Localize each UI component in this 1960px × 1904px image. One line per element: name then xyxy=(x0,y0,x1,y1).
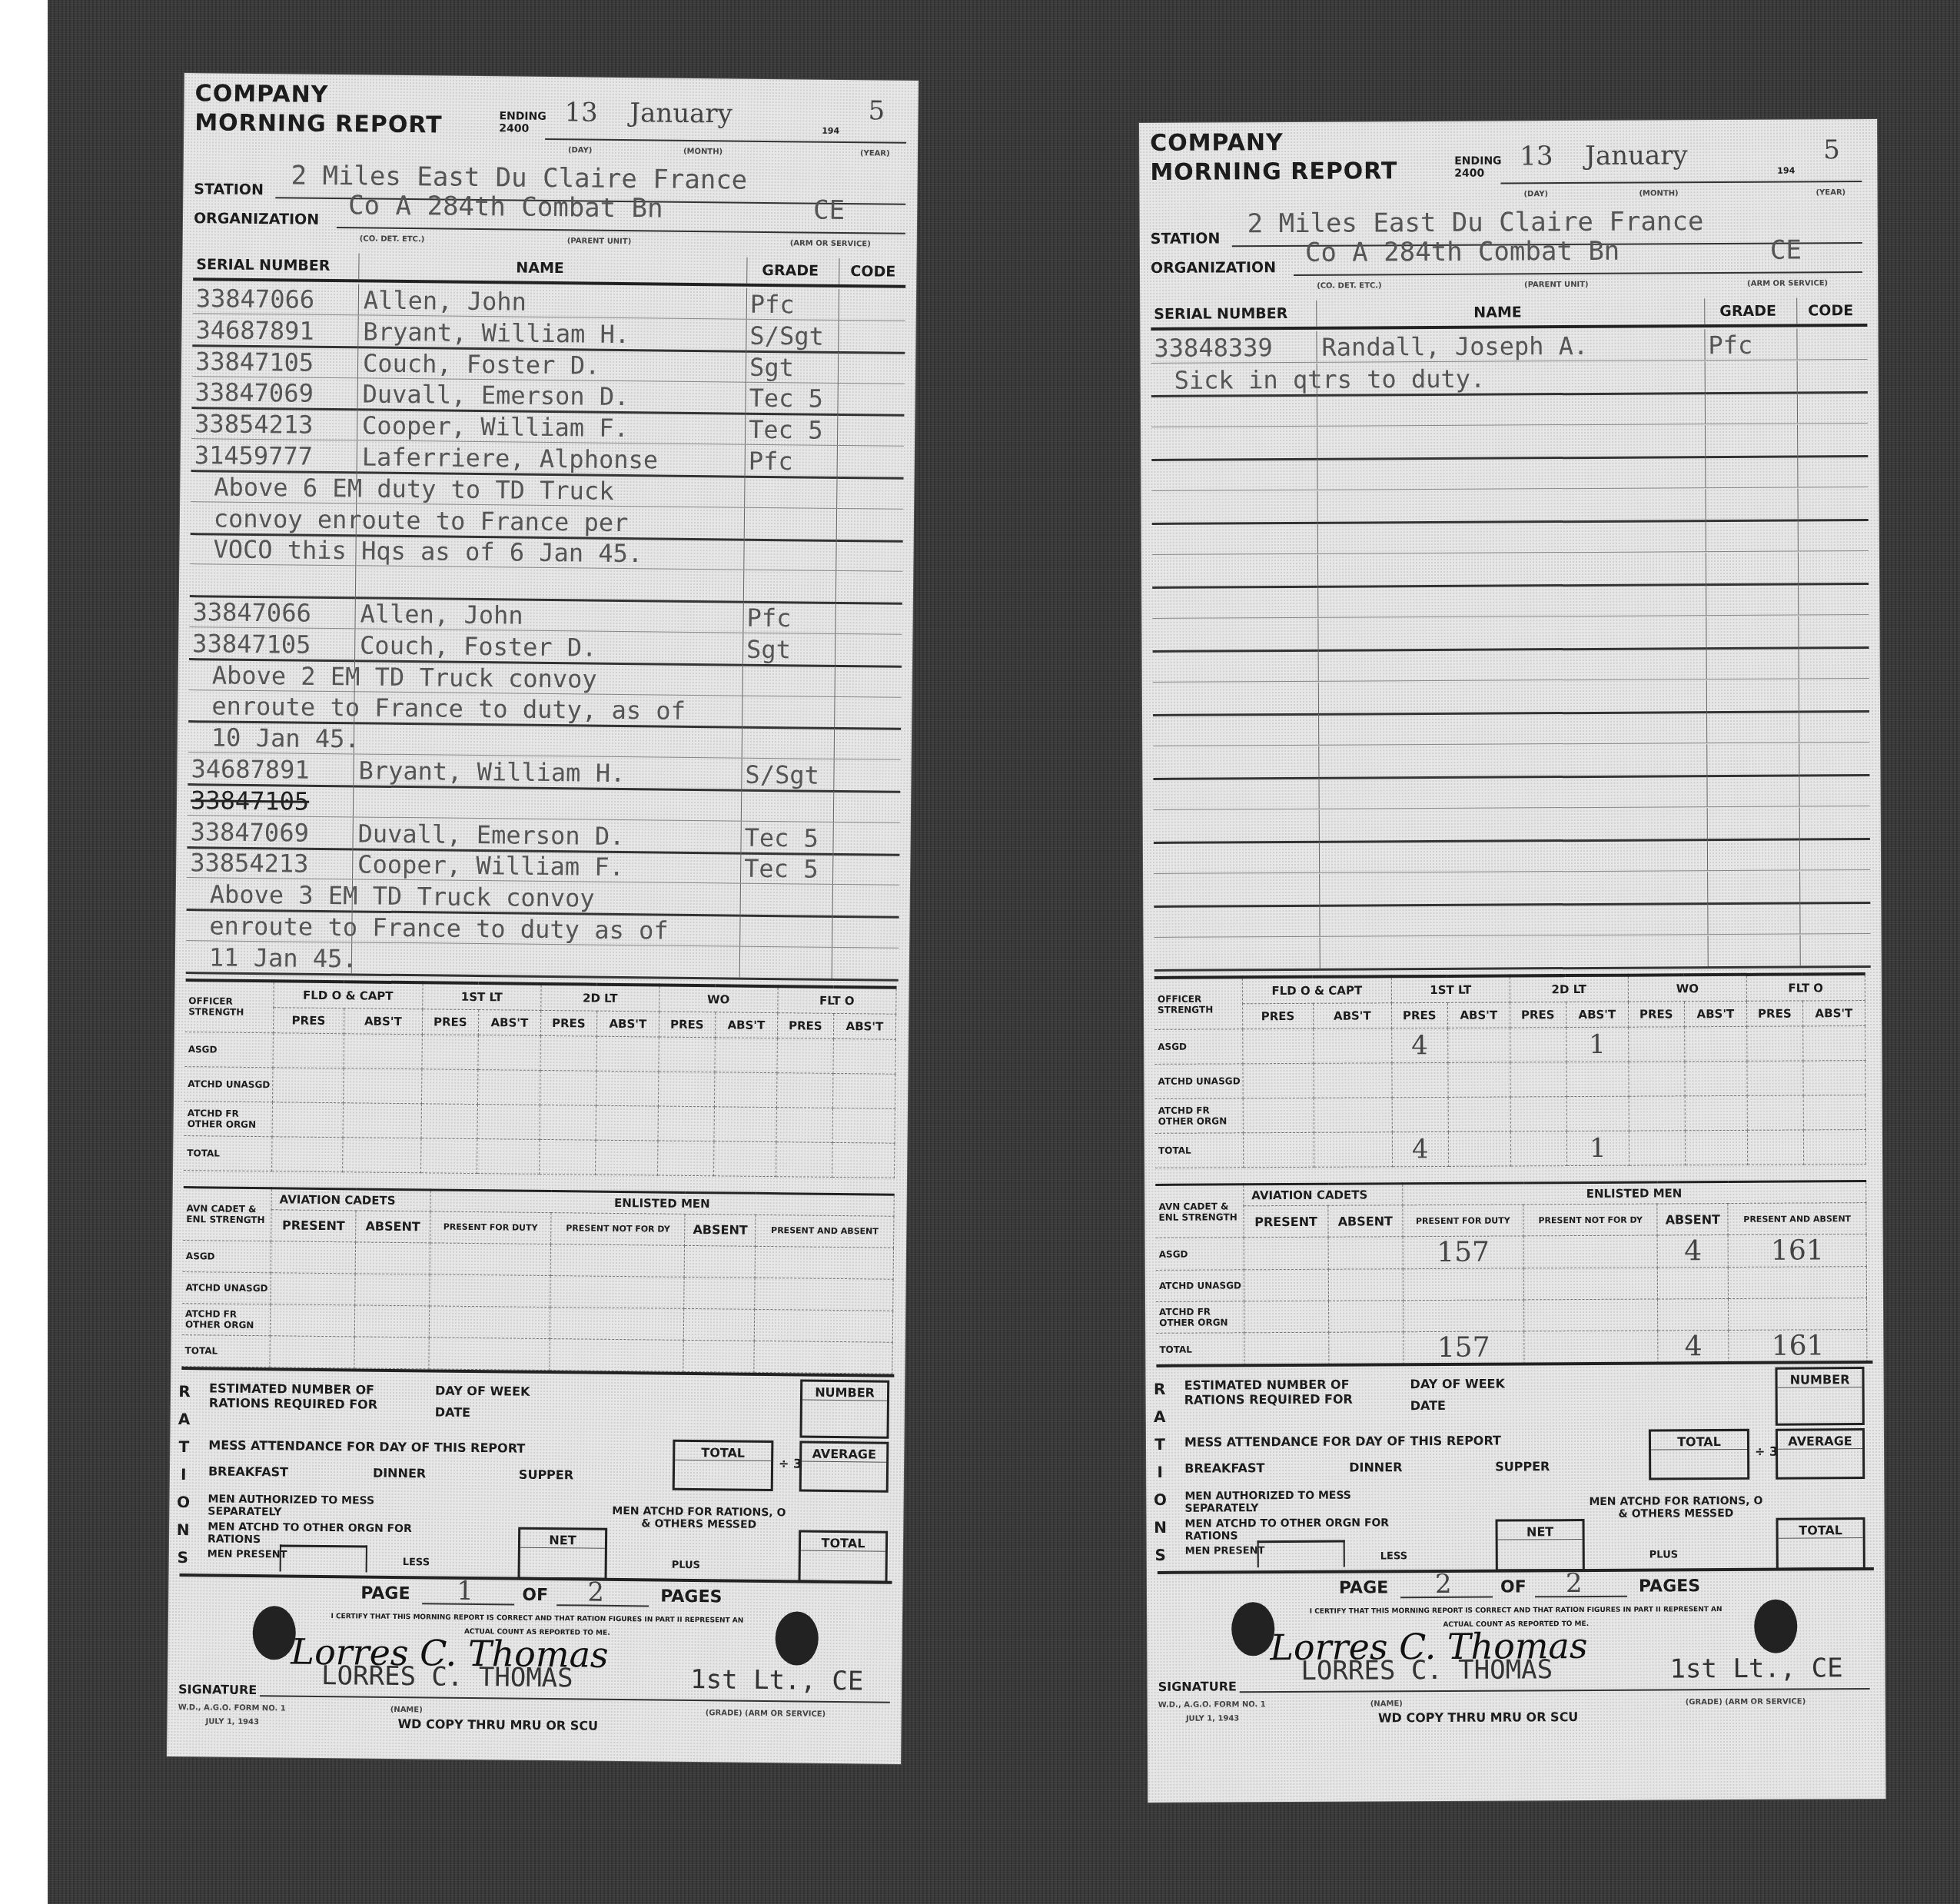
final-total-box: TOTAL xyxy=(1776,1517,1865,1570)
organization-value: Co A 284th Combat Bn xyxy=(1305,236,1620,268)
name: Above 2 EM TD Truck convoy xyxy=(212,660,597,693)
strength-value xyxy=(540,1070,596,1105)
strength-value xyxy=(478,1035,541,1070)
mess-total-box: TOTAL xyxy=(1649,1429,1749,1480)
enlisted-strength-table: AVN CADET & ENL STRENGTHAVIATION CADETSE… xyxy=(181,1186,894,1374)
strength-value xyxy=(1685,1095,1747,1130)
officer-grade-group: FLD O & CAPT xyxy=(1242,976,1391,1004)
signer-name: LORRES C. THOMAS xyxy=(1301,1654,1553,1686)
strength-value xyxy=(1747,1026,1803,1061)
strength-row-label: TOTAL xyxy=(1156,1333,1244,1366)
strength-value xyxy=(595,1140,658,1175)
table-row xyxy=(1152,488,1869,525)
serial-number: 33848339 xyxy=(1154,333,1272,363)
strength-value xyxy=(430,1243,551,1276)
strength-value xyxy=(658,1072,714,1107)
serial-number: 33847105 xyxy=(191,786,310,816)
name: Duvall, Emerson D. xyxy=(362,380,629,412)
strength-value xyxy=(422,1034,478,1069)
strength-value xyxy=(550,1275,684,1308)
date-label: DATE xyxy=(435,1404,470,1419)
strength-value xyxy=(832,1108,895,1143)
strength-value xyxy=(777,1038,833,1073)
serial-number: 33847105 xyxy=(195,347,314,377)
serial-number: 34687891 xyxy=(195,315,314,346)
name: Couch, Foster D. xyxy=(360,630,597,662)
strength-row-label: ASGD xyxy=(183,1240,271,1272)
name: Duvall, Emerson D. xyxy=(357,819,624,851)
officer-grade-group: WO xyxy=(1628,975,1746,1002)
arm-service-value: CE xyxy=(813,195,845,226)
strength-value xyxy=(1403,1300,1524,1332)
pres-abst-header: ABS'T xyxy=(1802,1001,1865,1026)
net-label: NET xyxy=(520,1532,605,1548)
name-caption: (NAME) xyxy=(1370,1700,1403,1708)
strength-value xyxy=(1747,1130,1803,1165)
pres-abst-header: PRES xyxy=(1510,1002,1566,1028)
strength-value xyxy=(1403,1268,1524,1301)
grade: S/Sgt xyxy=(749,321,824,351)
strength-value xyxy=(832,1073,895,1108)
pres-abst-header: ABS'T xyxy=(344,1008,422,1034)
strength-value xyxy=(1328,1269,1403,1301)
strength-value xyxy=(1566,1062,1629,1096)
officer-grade-group: FLT O xyxy=(1746,974,1865,1001)
pres-abst-header: ABS'T xyxy=(1684,1001,1746,1026)
enlisted-column-header: ABSENT xyxy=(356,1211,430,1243)
number-label: NUMBER xyxy=(1778,1372,1862,1388)
dinner-label: DINNER xyxy=(373,1465,426,1480)
name: convoy enroute to France per xyxy=(214,503,629,537)
strength-value xyxy=(684,1245,756,1278)
strength-value: 157 xyxy=(1403,1236,1524,1269)
strength-value xyxy=(343,1102,422,1138)
officer-grade-group: 1ST LT xyxy=(1391,975,1510,1002)
report-title: COMPANYMORNING REPORT xyxy=(1150,128,1398,188)
number-label: NUMBER xyxy=(802,1384,887,1401)
strength-value xyxy=(756,1246,894,1279)
form-number: W.D., A.G.O. FORM NO. 1 xyxy=(178,1703,286,1713)
strength-value xyxy=(776,1072,832,1108)
strength-value xyxy=(1392,1097,1448,1131)
strength-value: 161 xyxy=(1729,1330,1867,1363)
name: VOCO this Hqs as of 6 Jan 45. xyxy=(213,535,643,569)
form-date: JULY 1, 1943 xyxy=(205,1717,259,1726)
enlisted-column-header: PRESENT FOR DUTY xyxy=(1402,1205,1523,1237)
signature-label: SIGNATURE xyxy=(178,1682,257,1697)
name: enroute to France to duty, as of xyxy=(211,692,686,726)
strength-value: 4 xyxy=(1392,1131,1448,1166)
rations-block: R A T I O N SESTIMATED NUMBER OF RATIONS… xyxy=(1156,1361,1873,1574)
strength-value xyxy=(344,1033,423,1068)
strength-value xyxy=(355,1242,430,1274)
enlisted-column-header: PRESENT AND ABSENT xyxy=(1728,1203,1866,1235)
punch-hole-icon xyxy=(1231,1602,1274,1656)
strength-value xyxy=(1448,1097,1510,1131)
strength-row-label: ATCHD FR OTHER ORGN xyxy=(182,1303,271,1335)
report-day: 13 xyxy=(564,97,598,128)
table-row xyxy=(1154,839,1870,874)
strength-value xyxy=(1747,1061,1803,1095)
enlisted-column-header: PRESENT NOT FOR DY xyxy=(1523,1204,1657,1236)
enlisted-column-header: ABSENT xyxy=(685,1214,756,1246)
strength-value xyxy=(1243,1098,1314,1132)
report-year: 5 xyxy=(1823,135,1840,165)
atchd-for-rations-label: MEN ATCHD FOR RATIONS, O & OTHERS MESSED xyxy=(610,1505,787,1531)
enlisted-strength: AVN CADET & ENL STRENGTHAVIATION CADETSE… xyxy=(184,73,919,81)
ending-label: ENDING2400 xyxy=(499,110,546,135)
strength-value xyxy=(1328,1237,1403,1270)
table-row xyxy=(1152,552,1869,589)
year-prefix: 194 xyxy=(1777,166,1795,176)
grade-caption: (GRADE) (ARM OR SERVICE) xyxy=(706,1709,826,1719)
men-present-label: MEN PRESENT xyxy=(208,1548,287,1560)
aviation-cadets-header: AVIATION CADETS xyxy=(1244,1184,1403,1206)
strength-value xyxy=(658,1106,714,1141)
divide-by-three: ÷ 3 xyxy=(779,1456,802,1470)
table-row xyxy=(1152,616,1869,653)
strength-value xyxy=(1244,1237,1328,1270)
mess-total-label: TOTAL xyxy=(1651,1434,1747,1450)
final-total-label: TOTAL xyxy=(801,1535,885,1551)
table-row xyxy=(1154,807,1870,844)
strength-value xyxy=(1685,1061,1747,1095)
grade: Tec 5 xyxy=(749,415,823,445)
serial-number: 33847069 xyxy=(190,817,309,848)
strength-value xyxy=(713,1141,776,1176)
table-row xyxy=(1152,583,1869,619)
strength-value xyxy=(1448,1131,1510,1166)
strength-value xyxy=(755,1278,893,1311)
form-number: W.D., A.G.O. FORM NO. 1 xyxy=(1158,1700,1266,1710)
enlisted-column-header: PRESENT xyxy=(1244,1205,1328,1238)
signer-grade: 1st Lt., CE xyxy=(690,1664,864,1696)
strength-value xyxy=(833,1038,896,1074)
officer-grade-group: 1ST LT xyxy=(423,982,541,1010)
strength-value xyxy=(1658,1299,1729,1331)
men-present-box xyxy=(280,1544,367,1572)
report-page-1: COMPANYMORNING REPORT ENDING2400 13 Janu… xyxy=(167,73,919,1764)
strength-value xyxy=(1729,1298,1867,1331)
strength-row-label: ATCHD UNASGD xyxy=(1154,1064,1243,1099)
name: 10 Jan 45. xyxy=(211,723,360,754)
plus-label: PLUS xyxy=(1649,1549,1678,1560)
strength-value xyxy=(776,1141,832,1177)
strength-value xyxy=(428,1337,550,1371)
strength-value xyxy=(342,1137,421,1172)
signature-label: SIGNATURE xyxy=(1158,1679,1237,1694)
table-row xyxy=(1153,711,1869,746)
serial-number: 31459777 xyxy=(194,440,314,471)
net-box: NET xyxy=(518,1527,608,1580)
table-row xyxy=(1151,392,1868,427)
enlisted-column-header: ABSENT xyxy=(1657,1204,1728,1235)
report-month: January xyxy=(630,98,733,129)
officer-grade-group: FLD O & CAPT xyxy=(274,981,423,1009)
certification-footer: PAGE1OF2PAGESI CERTIFY THAT THIS MORNING… xyxy=(168,1581,903,1727)
table-row: Sick in qtrs to duty. xyxy=(1151,361,1868,397)
name-caption: (NAME) xyxy=(390,1706,423,1714)
pres-abst-header: ABS'T xyxy=(1566,1002,1628,1027)
strength-value xyxy=(1243,1028,1314,1063)
strength-value xyxy=(754,1341,892,1374)
rations-section: R A T I O N SESTIMATED NUMBER OF RATIONS… xyxy=(184,73,919,81)
strength-value xyxy=(1566,1096,1629,1131)
strength-value xyxy=(1658,1268,1729,1299)
strength-value xyxy=(684,1277,756,1309)
enlisted-column-header: PRESENT xyxy=(271,1209,357,1241)
pages-label: PAGES xyxy=(660,1587,722,1607)
strength-value xyxy=(1524,1299,1658,1331)
name: Laferriere, Alphonse xyxy=(362,442,659,474)
number-box: NUMBER xyxy=(799,1379,889,1438)
of-label: OF xyxy=(1500,1577,1526,1597)
table-row: 33848339Randall, Joseph A.Pfc xyxy=(1151,328,1867,364)
strength-value xyxy=(1314,1098,1392,1133)
day-of-week-label: DAY OF WEEK xyxy=(1410,1377,1505,1392)
table-row: 11 Jan 45. xyxy=(186,941,899,982)
strength-value xyxy=(1524,1268,1658,1300)
atchd-for-rations-label: MEN ATCHD FOR RATIONS, O & OTHERS MESSED xyxy=(1587,1495,1764,1520)
punch-hole-icon xyxy=(775,1611,819,1666)
pres-abst-header: ABS'T xyxy=(715,1012,777,1038)
of-label: OF xyxy=(522,1585,548,1604)
strength-row-label: ASGD xyxy=(1156,1238,1244,1271)
copy-note: WD COPY THRU MRU OR SCU xyxy=(397,1716,598,1733)
enlisted-column-header: PRESENT FOR DUTY xyxy=(430,1211,551,1244)
grade-caption: (GRADE) (ARM OR SERVICE) xyxy=(1686,1697,1806,1706)
strength-value xyxy=(1244,1269,1328,1301)
arm-service-value: CE xyxy=(1770,234,1802,265)
rations-required-label: ESTIMATED NUMBER OF RATIONS REQUIRED FOR xyxy=(1184,1377,1369,1407)
strength-value xyxy=(550,1307,684,1340)
strength-value xyxy=(273,1032,344,1068)
rations-required-label: ESTIMATED NUMBER OF RATIONS REQUIRED FOR xyxy=(209,1381,394,1412)
strength-value xyxy=(776,1107,832,1142)
strength-value xyxy=(272,1136,343,1171)
strength-value xyxy=(1629,1131,1685,1165)
table-row xyxy=(1153,743,1869,780)
report-day: 13 xyxy=(1520,141,1553,171)
certification-footer: PAGE2OF2PAGESI CERTIFY THAT THIS MORNING… xyxy=(1147,1576,1885,1718)
strength-value xyxy=(1629,1096,1685,1131)
grade: Pfc xyxy=(1708,331,1752,360)
pres-abst-header: PRES xyxy=(659,1012,715,1038)
strength-value xyxy=(1685,1130,1747,1165)
strength-value xyxy=(1243,1132,1314,1167)
strength-value xyxy=(272,1067,343,1102)
grade: Pfc xyxy=(750,290,795,320)
average-label: AVERAGE xyxy=(1778,1434,1862,1450)
form-date: JULY 1, 1943 xyxy=(1186,1714,1240,1723)
punch-hole-icon xyxy=(1754,1600,1797,1653)
officer-grade-group: FLT O xyxy=(778,986,896,1014)
mess-total-label: TOTAL xyxy=(675,1444,771,1460)
date-label: DATE xyxy=(1410,1398,1446,1413)
strength-value xyxy=(1524,1331,1658,1364)
name: 11 Jan 45. xyxy=(209,942,357,973)
serial-number: 33847066 xyxy=(196,284,315,314)
strength-value xyxy=(659,1037,715,1072)
final-total-box: TOTAL xyxy=(798,1530,888,1583)
strength-value xyxy=(832,1142,895,1178)
strength-row-label: ATCHD FR OTHER ORGN xyxy=(184,1101,273,1136)
serial-number: 33854213 xyxy=(190,849,309,879)
strength-value xyxy=(1244,1332,1329,1365)
breakfast-label: BREAKFAST xyxy=(208,1464,288,1479)
name: Allen, John xyxy=(360,599,523,630)
strength-value xyxy=(429,1306,550,1339)
strength-value xyxy=(755,1309,893,1342)
strength-value xyxy=(420,1138,477,1173)
name: Cooper, William F. xyxy=(362,411,629,444)
strength-value xyxy=(1803,1095,1866,1130)
page-label: PAGE xyxy=(360,1583,410,1603)
men-present-label: MEN PRESENT xyxy=(1185,1545,1265,1557)
pages-label: PAGES xyxy=(1639,1577,1700,1596)
strength-value xyxy=(1243,1063,1314,1098)
grade: Tec 5 xyxy=(749,384,823,414)
strength-row-label: TOTAL xyxy=(181,1334,270,1367)
pres-abst-header: ABS'T xyxy=(833,1013,896,1039)
strength-value xyxy=(272,1102,343,1137)
name: Bryant, William H. xyxy=(358,756,625,788)
strength-value xyxy=(1244,1301,1329,1333)
breakfast-label: BREAKFAST xyxy=(1184,1460,1264,1476)
station-value: 2 Miles East Du Claire France xyxy=(1247,206,1704,239)
strength-value xyxy=(421,1103,477,1138)
strength-value xyxy=(596,1036,659,1072)
supper-label: SUPPER xyxy=(519,1467,573,1482)
scan-margin xyxy=(0,0,48,1904)
table-row xyxy=(1151,424,1868,461)
aviation-cadets-header: AVIATION CADETS xyxy=(271,1188,430,1211)
strength-value xyxy=(596,1105,659,1141)
final-total-label: TOTAL xyxy=(1779,1523,1863,1539)
strength-value xyxy=(271,1272,356,1304)
enlisted-men-header: ENLISTED MEN xyxy=(1402,1181,1866,1205)
strength-value: 161 xyxy=(1729,1234,1867,1268)
strength-row-label: ATCHD UNASGD xyxy=(184,1066,273,1102)
strength-value xyxy=(477,1104,540,1139)
pres-abst-header: ABS'T xyxy=(1313,1003,1391,1029)
strength-row-label: ASGD xyxy=(1154,1029,1243,1065)
name: Randall, Joseph A. xyxy=(1321,331,1588,362)
mess-total-box: TOTAL xyxy=(673,1439,774,1490)
officer-grade-group: 2D LT xyxy=(1510,975,1628,1002)
strength-value xyxy=(270,1335,355,1367)
strength-value xyxy=(1802,1026,1865,1061)
strength-value xyxy=(1684,1026,1746,1061)
serial-number: 33847105 xyxy=(192,629,311,660)
name: Above 6 EM duty to TD Truck xyxy=(214,472,614,505)
enlisted-strength-label: AVN CADET & ENL STRENGTH xyxy=(183,1187,271,1241)
average-box: AVERAGE xyxy=(1776,1428,1865,1480)
year-prefix: 194 xyxy=(822,126,839,136)
strength-value xyxy=(1314,1132,1392,1168)
roster: 33848339Randall, Joseph A.PfcSick in qtr… xyxy=(1139,119,1877,123)
ending-label: ENDING2400 xyxy=(1454,155,1501,180)
mess-separately-label: MEN AUTHORIZED TO MESS SEPARATELY xyxy=(208,1493,438,1520)
report-month: January xyxy=(1585,140,1688,171)
copy-note: WD COPY THRU MRU OR SCU xyxy=(1378,1710,1579,1725)
strength-value xyxy=(477,1138,540,1174)
organization-label: ORGANIZATION xyxy=(194,210,319,228)
officer-grade-group: WO xyxy=(659,985,778,1012)
name: Cooper, William F. xyxy=(357,850,624,882)
page-total: 2 xyxy=(1566,1568,1583,1599)
station-label: STATION xyxy=(194,181,264,198)
supper-label: SUPPER xyxy=(1495,1459,1550,1474)
pres-abst-header: PRES xyxy=(422,1008,478,1035)
name: Above 3 EM TD Truck convoy xyxy=(210,880,595,913)
pres-abst-header: ABS'T xyxy=(596,1011,659,1037)
rations-section: R A T I O N SESTIMATED NUMBER OF RATIONS… xyxy=(1139,119,1877,123)
dinner-label: DINNER xyxy=(1349,1460,1402,1474)
pres-abst-header: PRES xyxy=(1391,1002,1447,1028)
strength-value xyxy=(539,1139,595,1175)
strength-value xyxy=(1510,1028,1566,1062)
strength-value: 4 xyxy=(1657,1235,1728,1268)
table-row xyxy=(1154,935,1871,972)
organization-value: Co A 284th Combat Bn xyxy=(348,190,663,224)
less-label: LESS xyxy=(403,1557,430,1568)
officer-strength-table: OFFICER STRENGTHFLD O & CAPT1ST LT2D LTW… xyxy=(184,979,897,1178)
roster-header: SERIAL NUMBER NAME GRADE CODE xyxy=(1151,297,1867,331)
signer-grade: 1st Lt., CE xyxy=(1669,1653,1842,1684)
pres-abst-header: PRES xyxy=(777,1012,833,1038)
average-box: AVERAGE xyxy=(799,1440,889,1492)
strength-value xyxy=(355,1274,430,1306)
strength-value xyxy=(714,1106,777,1141)
plus-label: PLUS xyxy=(672,1559,700,1570)
pres-abst-header: PRES xyxy=(1243,1003,1314,1028)
strength-value xyxy=(270,1304,355,1336)
signer-name: LORRES C. THOMAS xyxy=(321,1660,573,1693)
strength-value xyxy=(1313,1028,1391,1064)
serial-number: 33847069 xyxy=(194,378,314,409)
punch-hole-icon xyxy=(252,1606,296,1660)
mess-attendance-label: MESS ATTENDANCE FOR DAY OF THIS REPORT xyxy=(208,1437,525,1455)
strength-value xyxy=(1729,1267,1867,1299)
officer-strength-table: OFFICER STRENGTHFLD O & CAPT1ST LT2D LTW… xyxy=(1154,972,1866,1168)
rations-side-label: R A T I O N S xyxy=(1152,1375,1168,1569)
men-present-box xyxy=(1257,1540,1345,1568)
officer-strength: OFFICER STRENGTHFLD O & CAPT1ST LT2D LTW… xyxy=(184,73,919,81)
grade: Pfc xyxy=(746,603,791,633)
net-label: NET xyxy=(1498,1524,1583,1540)
mess-attendance-label: MESS ATTENDANCE FOR DAY OF THIS REPORT xyxy=(1184,1434,1501,1450)
table-row xyxy=(1151,456,1868,491)
pres-abst-header: ABS'T xyxy=(1447,1002,1510,1028)
grade: Pfc xyxy=(749,447,793,477)
number-box: NUMBER xyxy=(1775,1367,1864,1426)
enlisted-column-header: PRESENT AND ABSENT xyxy=(756,1215,894,1248)
strength-value xyxy=(354,1305,429,1337)
name: Allen, John xyxy=(364,285,527,316)
strength-row-label: ATCHD UNASGD xyxy=(182,1271,271,1304)
strength-value xyxy=(1747,1095,1803,1130)
strength-value xyxy=(1803,1130,1866,1165)
officer-strength-label: OFFICER STRENGTH xyxy=(185,980,274,1033)
officer-strength: OFFICER STRENGTHFLD O & CAPT1ST LT2D LTW… xyxy=(1139,119,1877,123)
strength-value xyxy=(540,1105,596,1140)
grade: Sgt xyxy=(746,634,791,664)
organization-label: ORGANIZATION xyxy=(1151,259,1276,277)
strength-value xyxy=(429,1274,550,1308)
strength-row-label: ATCHD UNASGD xyxy=(1156,1270,1244,1302)
grade: Sgt xyxy=(749,352,794,382)
